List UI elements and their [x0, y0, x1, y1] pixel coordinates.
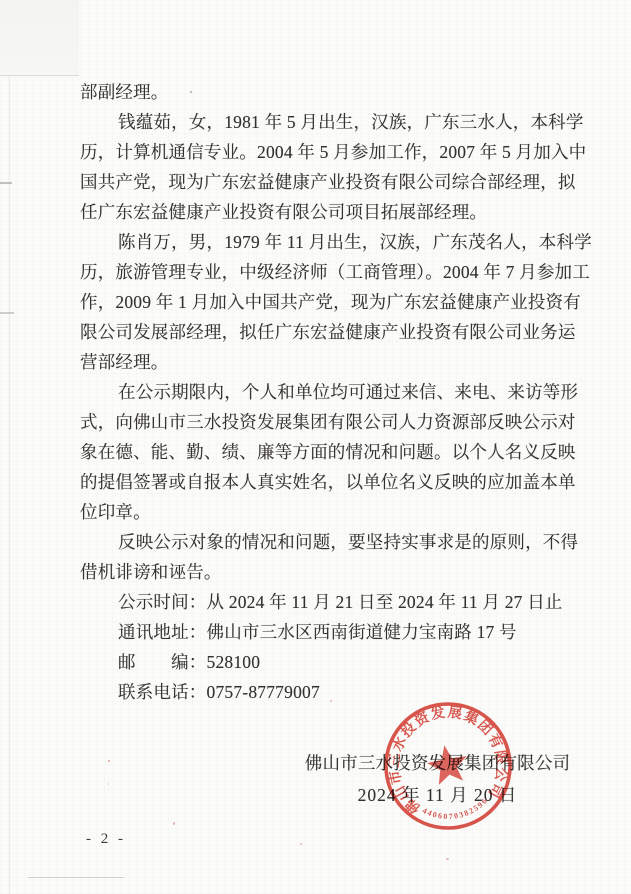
scan-bottom-edge [28, 877, 124, 878]
body-text-line: 陈肖万，男，1979 年 11 月出生，汉族，广东茂名人，本科学 [80, 227, 564, 257]
body-text-line: 部副经理。 [80, 77, 564, 107]
body-text-line: 反映公示对象的情况和问题，要坚持实事求是的原则，不得 [80, 527, 564, 557]
body-text-line: 历，计算机通信专业。2004 年 5 月参加工作，2007 年 5 月加入中 [80, 137, 564, 167]
body-text-line: 营部经理。 [80, 347, 564, 377]
seal-registration-code: 4406070382596 [420, 795, 492, 827]
scan-page-edge [9, 75, 10, 894]
body-text-line: 限公司发展部经理，拟任广东宏益健康产业投资有限公司业务运 [80, 317, 564, 347]
scan-speckle [173, 822, 175, 825]
official-seal: 佛山市三水投资发展集团有限公司 4406070382596 [368, 686, 528, 846]
body-text-line: 位印章。 [80, 497, 564, 527]
scan-edge-mark [0, 312, 14, 314]
document-body: 部副经理。钱蕴茹，女，1981 年 5 月出生，汉族，广东三水人，本科学历，计算… [80, 77, 564, 707]
body-text-line: 钱蕴茹，女，1981 年 5 月出生，汉族，广东三水人，本科学 [80, 107, 564, 137]
body-text-line: 象在德、能、勤、绩、廉等方面的情况和问题。以个人名义反映 [80, 437, 564, 467]
body-text-line: 任广东宏益健康产业投资有限公司项目拓展部经理。 [80, 197, 564, 227]
scan-speckle [300, 843, 302, 845]
body-text-line: 作，2009 年 1 月加入中国共产党，现为广东宏益健康产业投资有 [80, 287, 564, 317]
scan-speckle [108, 760, 110, 762]
scan-corner-artifact [0, 0, 79, 76]
scan-speckle [446, 858, 449, 860]
body-text-line: 借机诽谤和诬告。 [80, 557, 564, 587]
star-icon [425, 742, 471, 786]
scan-speckle [108, 783, 109, 785]
page-number: - 2 - [86, 831, 126, 848]
body-text-line: 公示时间：从 2024 年 11 月 21 日至 2024 年 11 月 27 … [80, 587, 564, 617]
body-text-line: 国共产党，现为广东宏益健康产业投资有限公司综合部经理，拟 [80, 167, 564, 197]
body-text-line: 邮 编：528100 [80, 647, 564, 677]
scan-edge-mark [0, 182, 12, 184]
body-text-line: 通讯地址：佛山市三水区西南街道健力宝南路 17 号 [80, 617, 564, 647]
body-text-line: 的提倡签署或自报本人真实姓名，以单位名义反映的应加盖本单 [80, 467, 564, 497]
body-text-line: 在公示期限内，个人和单位均可通过来信、来电、来访等形 [80, 377, 564, 407]
body-text-line: 历，旅游管理专业，中级经济师（工商管理）。2004 年 7 月参加工 [80, 257, 564, 287]
body-text-line: 式，向佛山市三水投资发展集团有限公司人力资源部反映公示对 [80, 407, 564, 437]
